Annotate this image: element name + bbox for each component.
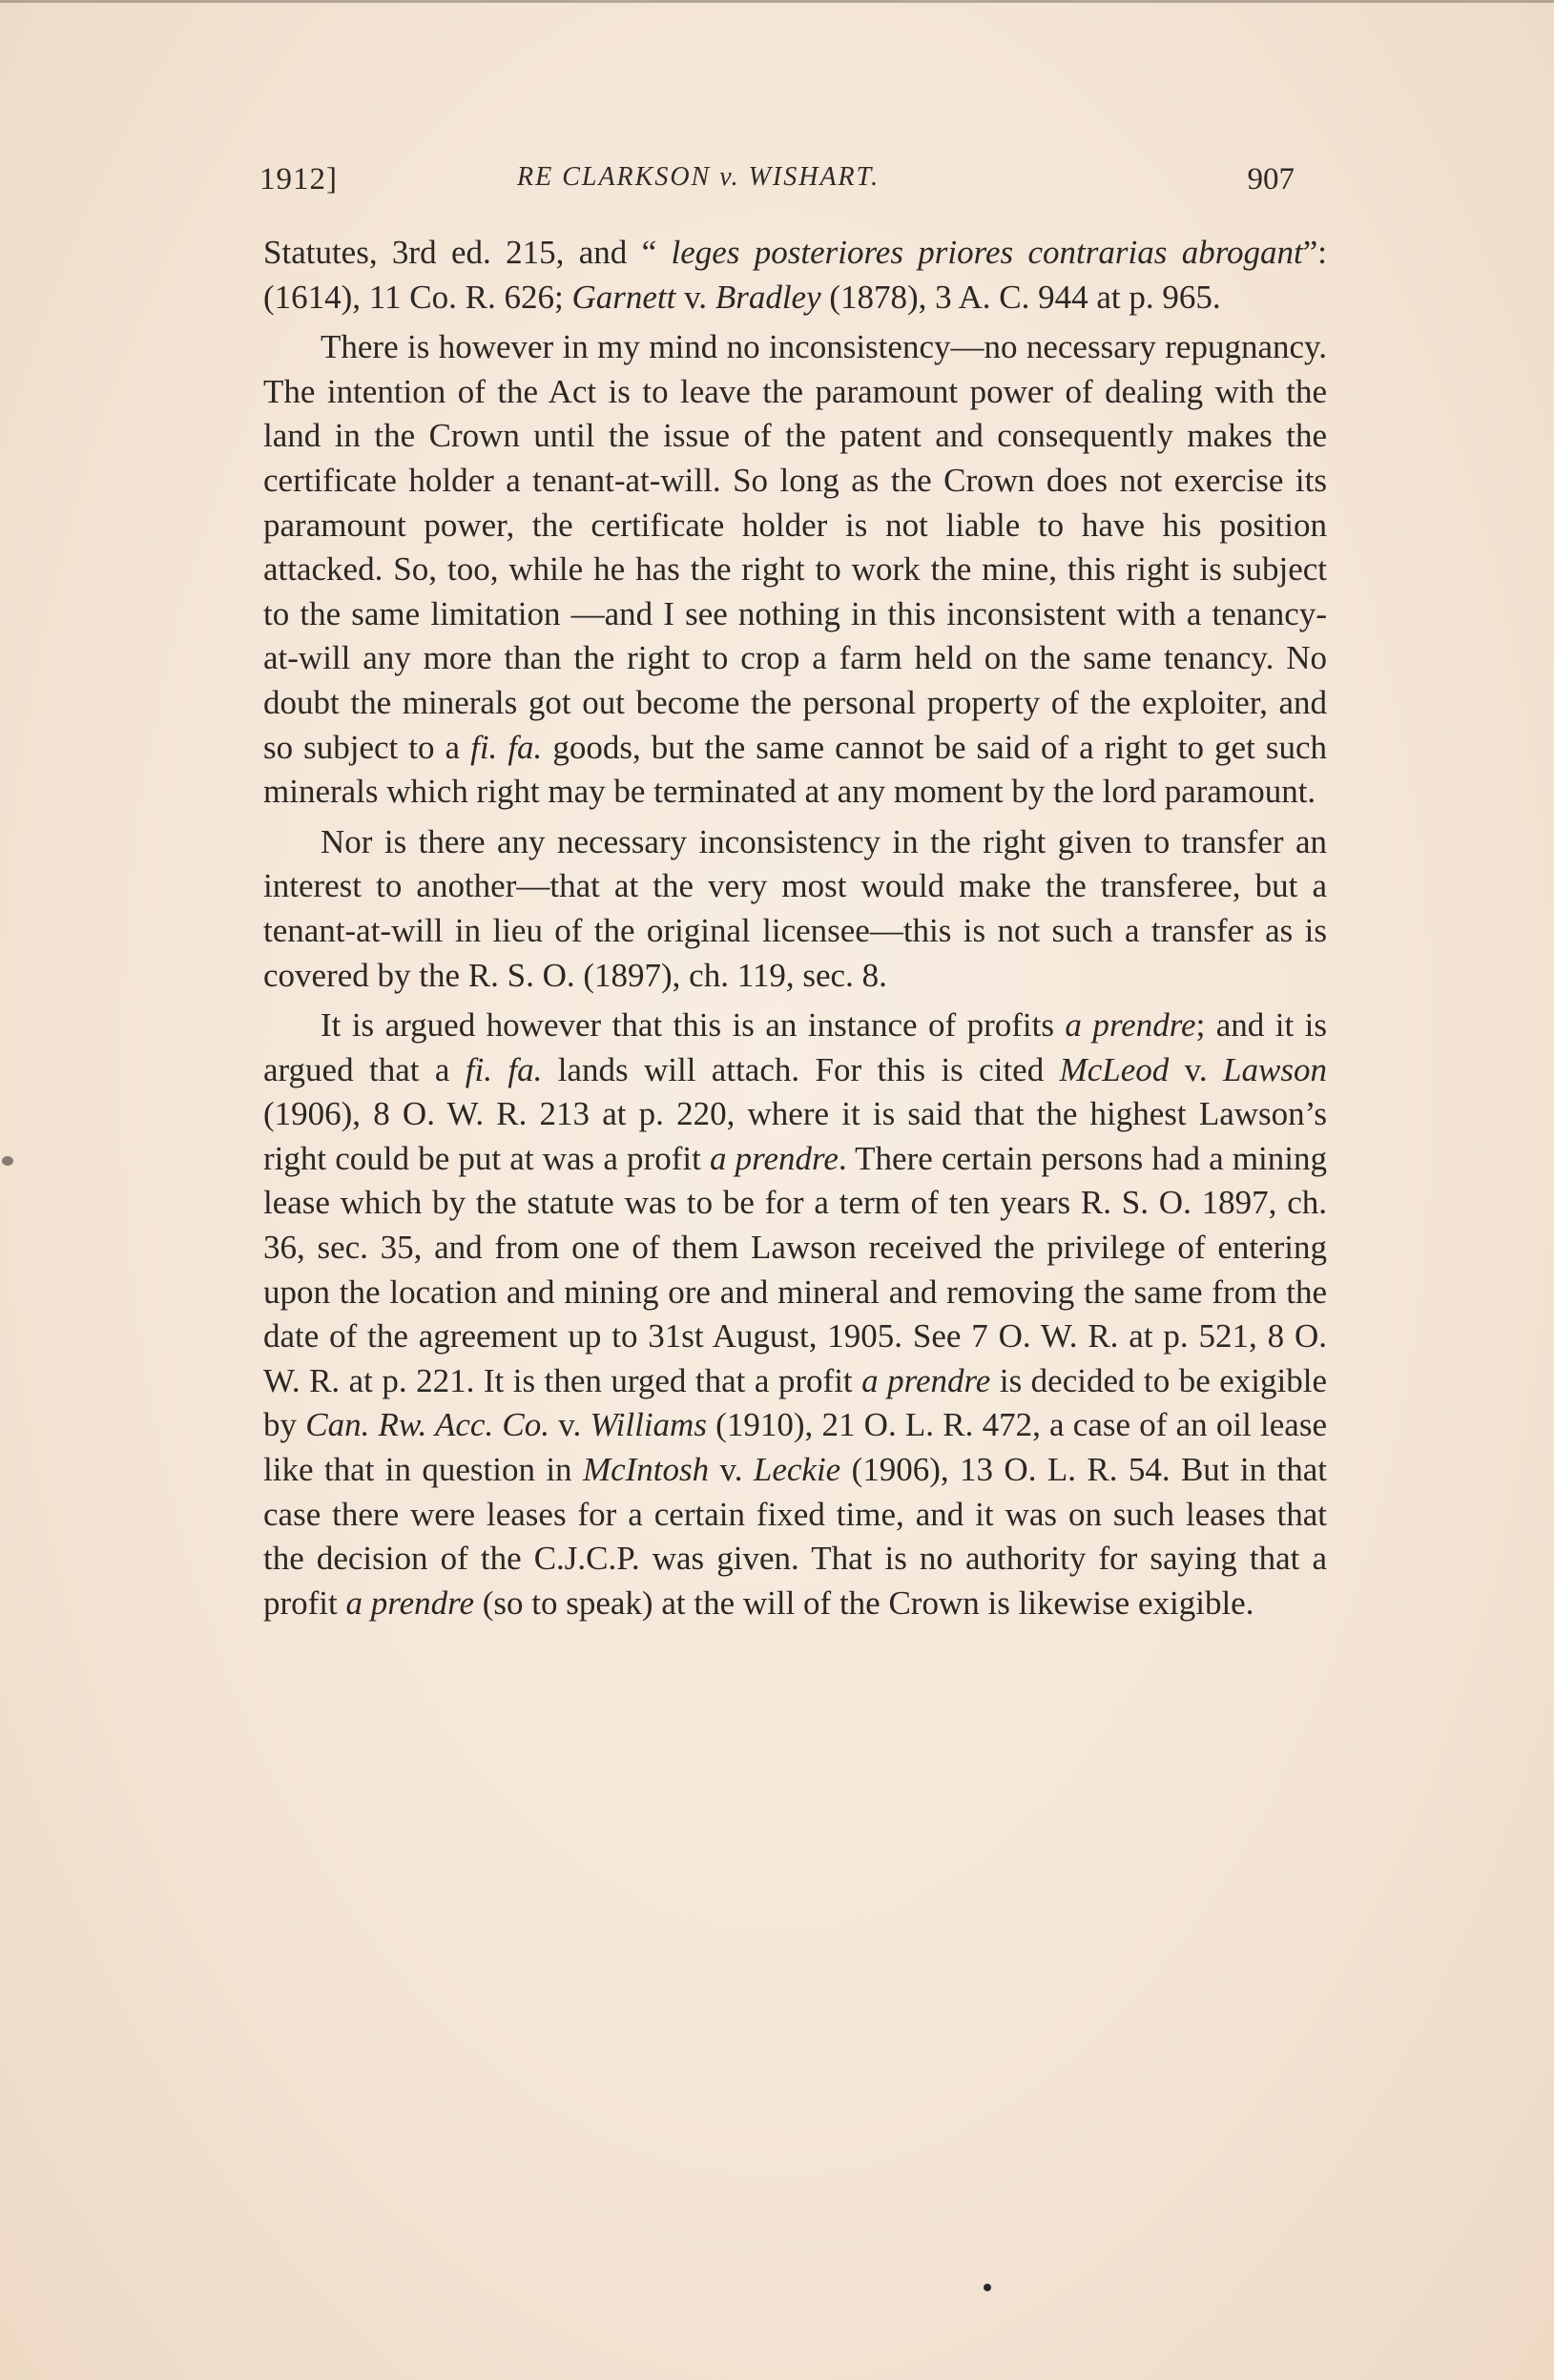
running-title: RE CLARKSON v. WISHART.	[517, 162, 880, 193]
text-run: Statutes, 3rd ed. 215, and “	[263, 234, 671, 271]
text-run: lands will attach. For this is cited	[542, 1051, 1059, 1088]
text-run: There is however in my mind no inconsist…	[263, 328, 1327, 765]
paragraph: Statutes, 3rd ed. 215, and “ leges poste…	[263, 231, 1327, 320]
page-header: 1912] RE CLARKSON v. WISHART. 907	[259, 162, 1295, 210]
italic-text: McIntosh	[583, 1451, 709, 1488]
text-run: It is argued however that this is an ins…	[321, 1006, 1065, 1044]
header-year: 1912]	[259, 162, 338, 197]
italic-text: a prendre	[1065, 1006, 1195, 1044]
ink-speck	[2, 1156, 13, 1166]
book-page: 1912] RE CLARKSON v. WISHART. 907 Statut…	[0, 0, 1554, 2380]
italic-text: a prendre	[861, 1362, 990, 1399]
text-run: v.	[675, 279, 715, 316]
italic-text: Williams	[590, 1406, 707, 1443]
italic-text: fi. fa.	[466, 1051, 543, 1088]
body-text: Statutes, 3rd ed. 215, and “ leges poste…	[263, 231, 1327, 1631]
paragraph: Nor is there any necessary inconsistency…	[263, 820, 1327, 998]
italic-text: fi. fa.	[470, 729, 542, 766]
text-run: Nor is there any necessary inconsistency…	[263, 823, 1327, 994]
italic-text: Leckie	[754, 1451, 840, 1488]
italic-text: a prendre	[346, 1584, 474, 1622]
italic-text: Garnett	[571, 279, 675, 316]
italic-text: a prendre	[710, 1140, 839, 1177]
italic-text: Lawson	[1223, 1051, 1327, 1088]
italic-text: McLeod	[1060, 1051, 1170, 1088]
text-run: (so to speak) at the will of the Crown i…	[474, 1584, 1254, 1622]
text-run: v.	[709, 1451, 754, 1488]
text-run: v.	[1169, 1051, 1223, 1088]
page-number: 907	[1248, 162, 1295, 197]
italic-text: Bradley	[715, 279, 821, 316]
ink-speck	[984, 2284, 991, 2291]
text-run: (1878), 3 A. C. 944 at p. 965.	[821, 279, 1221, 316]
italic-text: leges posteriores priores contrarias abr…	[671, 234, 1302, 271]
text-run: . There certain persons had a mining lea…	[263, 1140, 1327, 1399]
text-run: v.	[549, 1406, 590, 1443]
paragraph: It is argued however that this is an ins…	[263, 1004, 1327, 1625]
page-top-edge	[0, 0, 1554, 3]
italic-text: Can. Rw. Acc. Co.	[305, 1406, 549, 1443]
paragraph: There is however in my mind no inconsist…	[263, 325, 1327, 815]
